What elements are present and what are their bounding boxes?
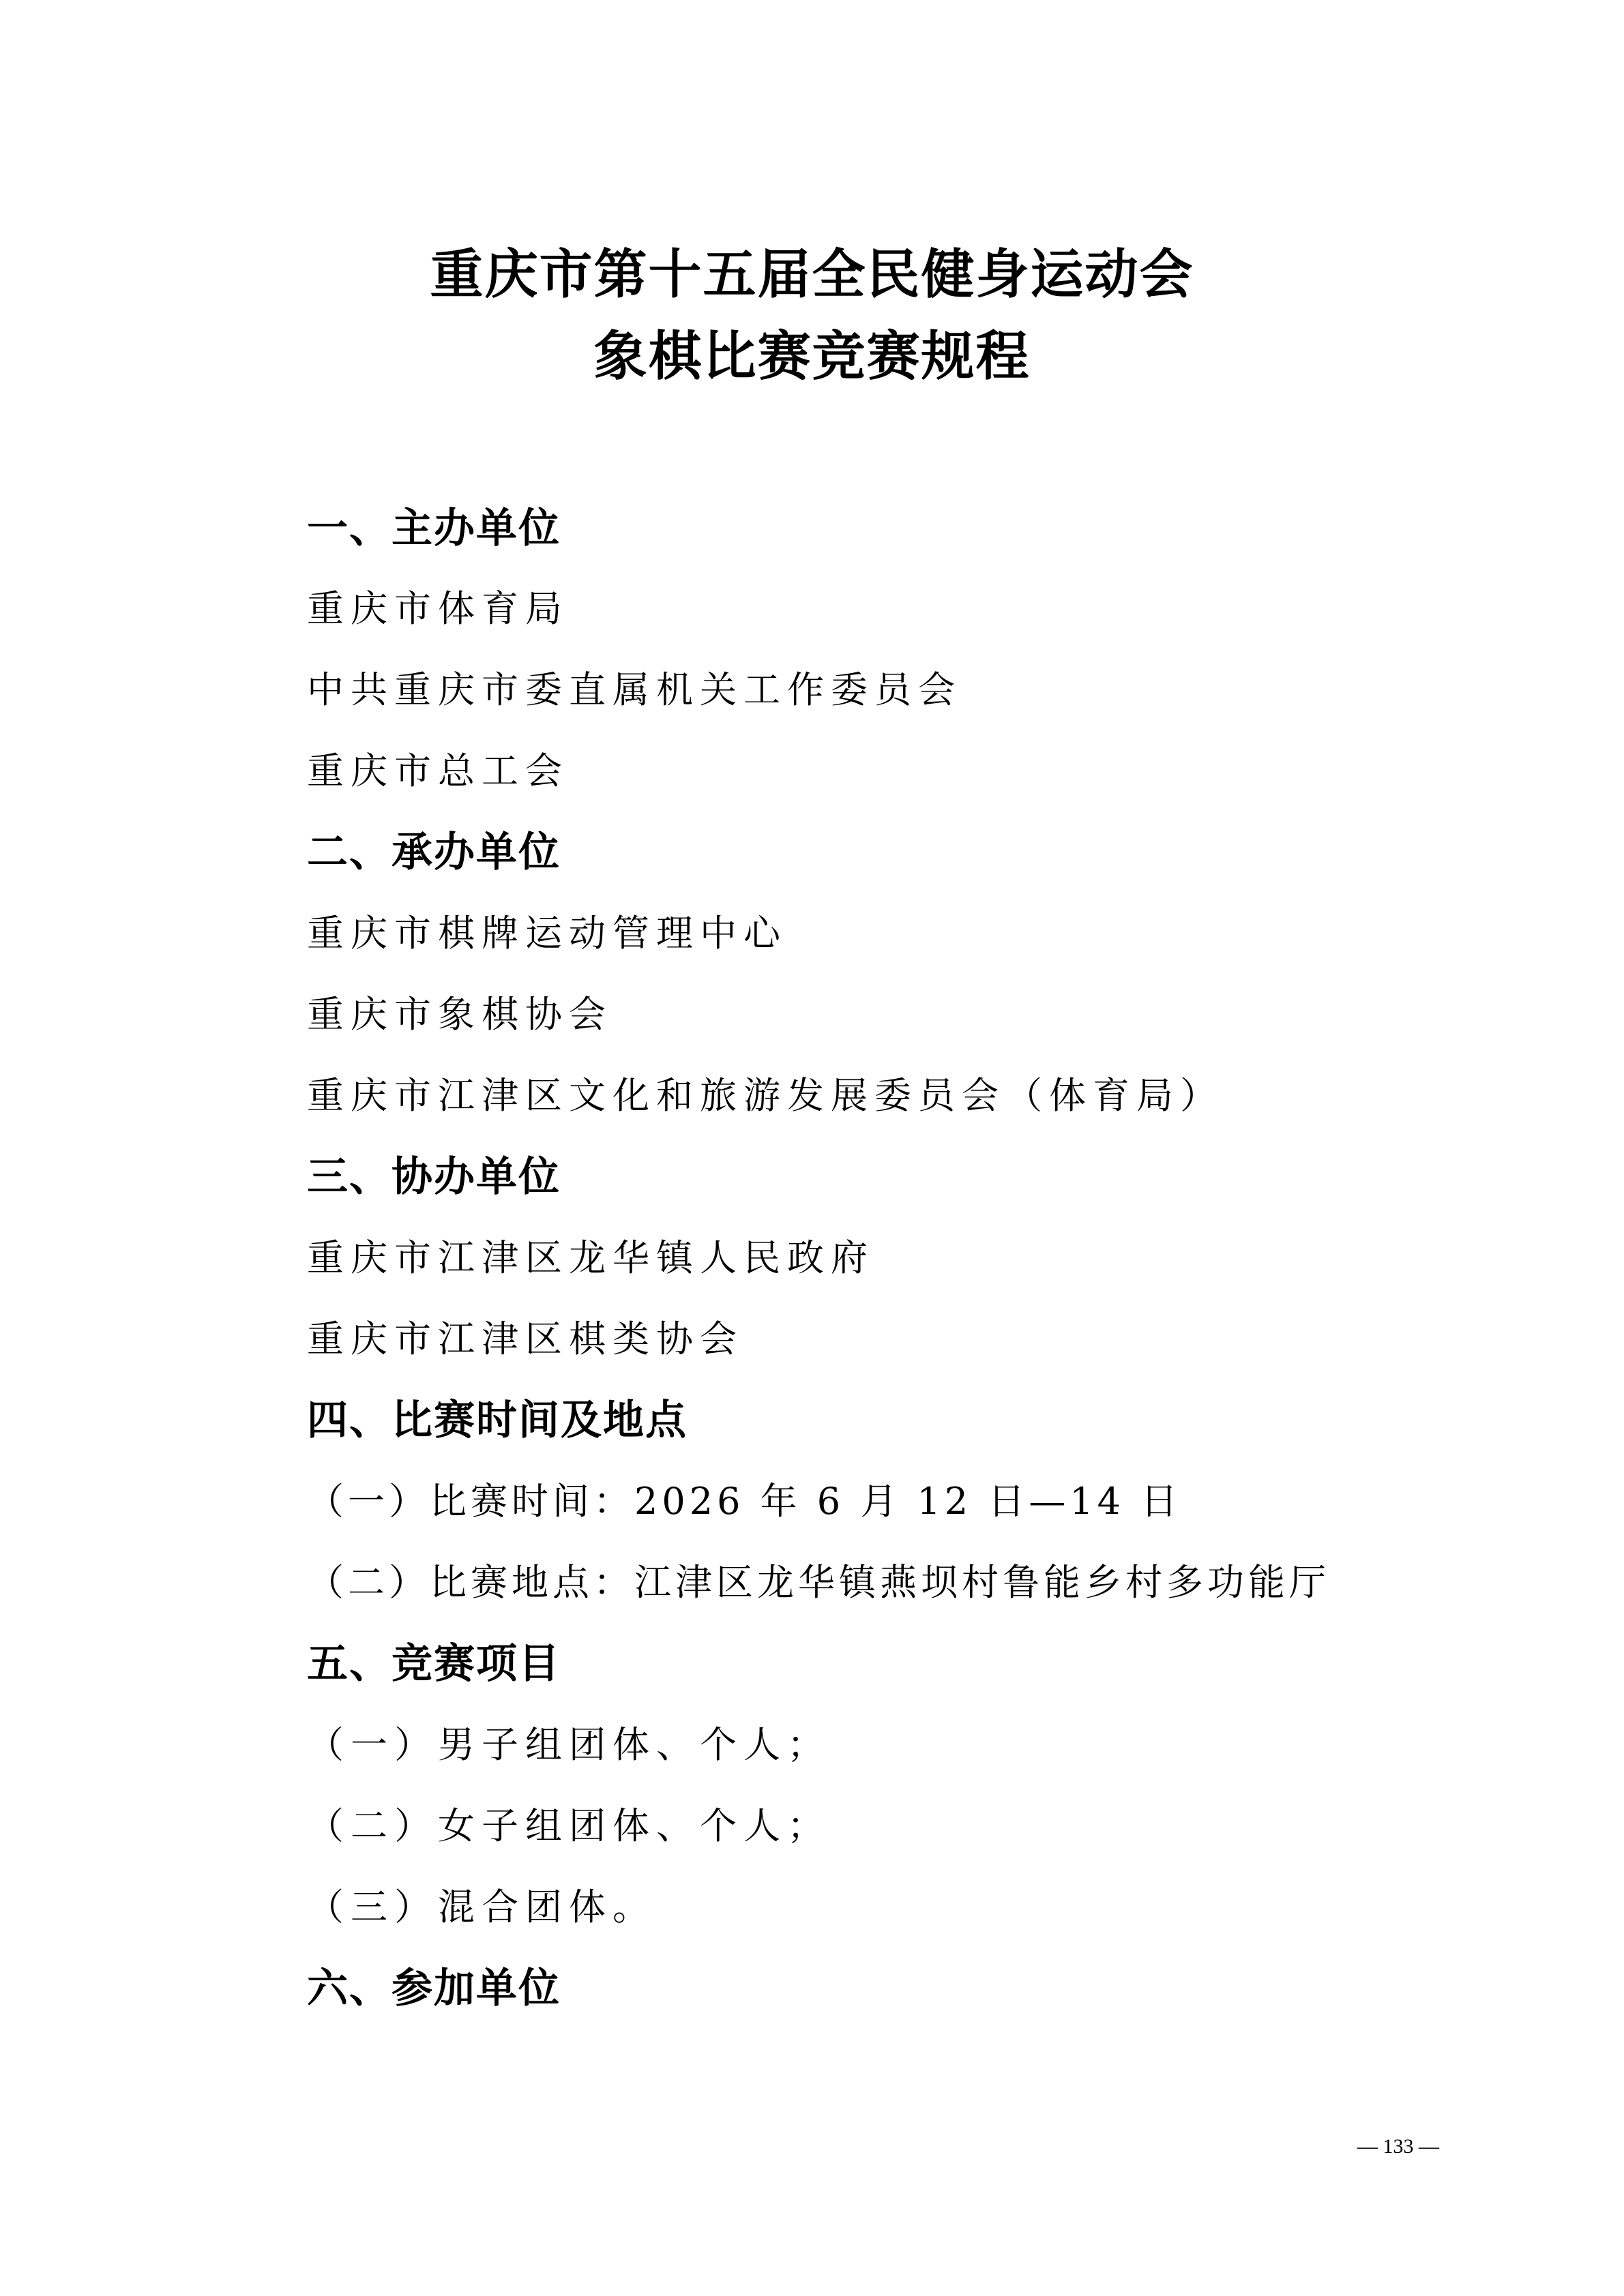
- competition-venue: （二）比赛地点：江津区龙华镇燕坝村鲁能乡村多功能厅: [307, 1552, 1330, 1613]
- section-heading-participants: 六、参加单位: [307, 1958, 561, 2019]
- section-heading-events: 五、竞赛项目: [307, 1633, 561, 1695]
- section-heading-co-organizers: 三、协办单位: [307, 1146, 561, 1208]
- host-item: 重庆市江津区文化和旅游发展委员会（体育局）: [307, 1065, 1224, 1127]
- host-item: 重庆市棋牌运动管理中心: [307, 903, 787, 964]
- event-item: （一）男子组团体、个人；: [307, 1714, 831, 1776]
- co-organizer-item: 重庆市江津区棋类协会: [307, 1309, 743, 1370]
- host-item: 重庆市象棋协会: [307, 984, 612, 1045]
- section-heading-time-venue: 四、比赛时间及地点: [307, 1390, 688, 1451]
- organizer-item: 中共重庆市委直属机关工作委员会: [307, 659, 962, 721]
- organizer-item: 重庆市总工会: [307, 741, 569, 802]
- event-item: （三）混合团体。: [307, 1877, 656, 1938]
- organizer-item: 重庆市体育局: [307, 578, 569, 640]
- competition-time: （一）比赛时间：2026 年 6 月 12 日—14 日: [307, 1471, 1181, 1532]
- page-number: — 133 —: [1330, 2133, 1466, 2160]
- co-organizer-item: 重庆市江津区龙华镇人民政府: [307, 1227, 874, 1289]
- section-heading-organizers: 一、主办单位: [307, 498, 561, 559]
- document-title-line2: 象棋比赛竞赛规程: [0, 326, 1624, 387]
- event-item: （二）女子组团体、个人；: [307, 1795, 831, 1857]
- document-page: 重庆市第十五届全民健身运动会 象棋比赛竞赛规程 一、主办单位 重庆市体育局 中共…: [0, 0, 1624, 2296]
- document-title-line1: 重庆市第十五届全民健身运动会: [0, 244, 1624, 305]
- section-heading-hosts: 二、承办单位: [307, 822, 561, 883]
